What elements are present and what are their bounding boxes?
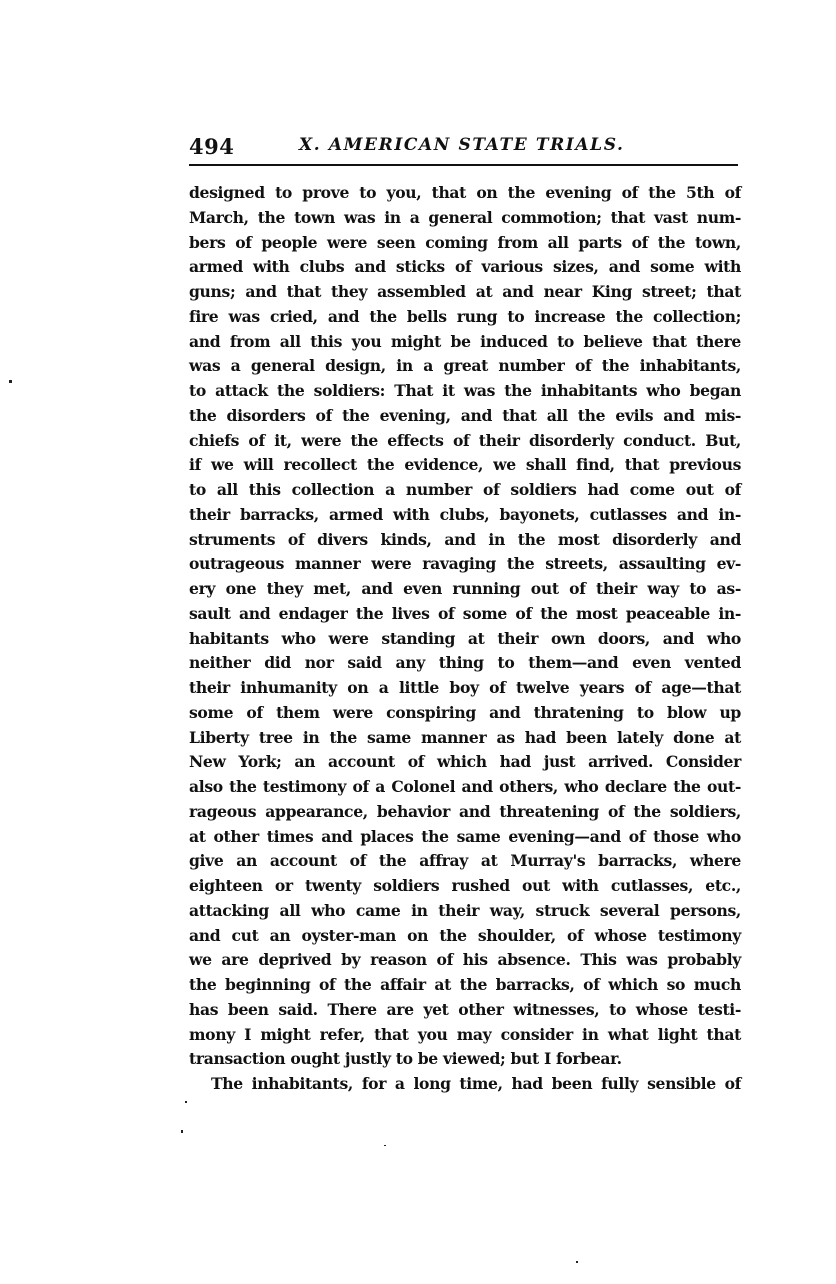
text-line: to attack the soldiers: That it was the … bbox=[189, 379, 741, 404]
text-line: neither did nor said any thing to them—a… bbox=[189, 651, 741, 676]
text-line: March, the town was in a general commoti… bbox=[189, 206, 741, 231]
text-line: New York; an account of which had just a… bbox=[189, 750, 741, 775]
text-line: habitants who were standing at their own… bbox=[189, 627, 741, 652]
text-line: chiefs of it, were the effects of their … bbox=[189, 429, 741, 454]
text-line: transaction ought justly to be viewed; b… bbox=[189, 1047, 741, 1072]
text-line: and from all this you might be induced t… bbox=[189, 330, 741, 355]
body-text: designed to prove to you, that on the ev… bbox=[189, 181, 741, 1097]
scan-speck bbox=[576, 1261, 578, 1263]
text-line: some of them were conspiring and thraten… bbox=[189, 701, 741, 726]
text-line: eighteen or twenty soldiers rushed out w… bbox=[189, 874, 741, 899]
text-line: attacking all who came in their way, str… bbox=[189, 899, 741, 924]
scan-speck bbox=[181, 1130, 183, 1133]
text-line: struments of divers kinds, and in the mo… bbox=[189, 528, 741, 553]
text-line: ery one they met, and even running out o… bbox=[189, 577, 741, 602]
text-line: the disorders of the evening, and that a… bbox=[189, 404, 741, 429]
header-rule bbox=[189, 164, 738, 166]
page-number: 494 bbox=[189, 134, 234, 159]
text-line: to all this collection a number of soldi… bbox=[189, 478, 741, 503]
text-line: give an account of the affray at Murray'… bbox=[189, 849, 741, 874]
text-line: if we will recollect the evidence, we sh… bbox=[189, 453, 741, 478]
text-line: guns; and that they assembled at and nea… bbox=[189, 280, 741, 305]
text-line: sault and endager the lives of some of t… bbox=[189, 602, 741, 627]
text-line: bers of people were seen coming from all… bbox=[189, 231, 741, 256]
text-line: armed with clubs and sticks of various s… bbox=[189, 255, 741, 280]
text-line: their barracks, armed with clubs, bayone… bbox=[189, 503, 741, 528]
text-line: was a general design, in a great number … bbox=[189, 354, 741, 379]
page-header: 494 X. AMERICAN STATE TRIALS. bbox=[189, 132, 741, 162]
book-page: 494 X. AMERICAN STATE TRIALS. designed t… bbox=[0, 0, 836, 1284]
scan-speck bbox=[9, 380, 12, 383]
text-line: also the testimony of a Colonel and othe… bbox=[189, 775, 741, 800]
paragraph-start-line: The inhabitants, for a long time, had be… bbox=[189, 1072, 741, 1097]
text-line: and cut an oyster-man on the shoulder, o… bbox=[189, 924, 741, 949]
text-line: their inhumanity on a little boy of twel… bbox=[189, 676, 741, 701]
text-line: the beginning of the affair at the barra… bbox=[189, 973, 741, 998]
text-line: Liberty tree in the same manner as had b… bbox=[189, 726, 741, 751]
text-line: at other times and places the same eveni… bbox=[189, 825, 741, 850]
text-line: fire was cried, and the bells rung to in… bbox=[189, 305, 741, 330]
text-line: has been said. There are yet other witne… bbox=[189, 998, 741, 1023]
text-line: we are deprived by reason of his absence… bbox=[189, 948, 741, 973]
scan-speck bbox=[384, 1145, 386, 1146]
text-line: rageous appearance, behavior and threate… bbox=[189, 800, 741, 825]
text-line: mony I might refer, that you may conside… bbox=[189, 1023, 741, 1048]
text-line: designed to prove to you, that on the ev… bbox=[189, 181, 741, 206]
running-head: X. AMERICAN STATE TRIALS. bbox=[299, 135, 625, 155]
scan-speck bbox=[185, 1101, 187, 1103]
text-line: outrageous manner were ravaging the stre… bbox=[189, 552, 741, 577]
